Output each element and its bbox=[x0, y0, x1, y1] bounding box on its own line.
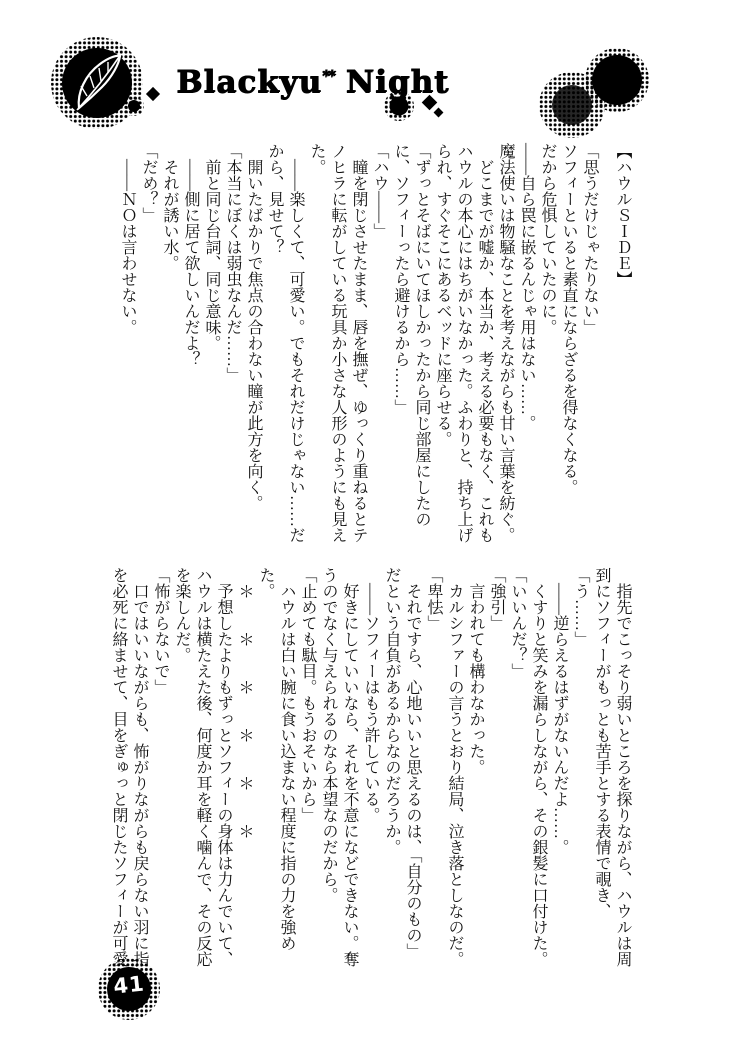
story-line: だから危惧していたのに。 bbox=[537, 143, 558, 549]
story-line: 「だめ？」 bbox=[138, 143, 159, 549]
story-line: 「いいんだ？」 bbox=[507, 567, 528, 973]
story-line: 開いたばかりで焦点の合わない瞳が此方を向く。 bbox=[243, 143, 264, 549]
story-line: 魔法使いは物騒なことを考えながらも甘い言葉を紡ぐ。 bbox=[495, 143, 516, 549]
story-line: くすりと笑みを漏らしながら、その銀髪に口付けた。 bbox=[528, 567, 549, 973]
halftone-circle-dark bbox=[585, 48, 649, 112]
story-line: ハウルは白い腕に食い込まない程度に指の力を強めた。 bbox=[255, 567, 297, 973]
story-bottom-block: 指先でこっそり弱いところを探りながら、ハウルは周到にソフィーがもっとも苦手とする… bbox=[105, 567, 633, 973]
scene-break-asterisks: ＊ ＊ ＊ ＊ ＊ ＊ bbox=[234, 567, 255, 973]
story-line: ――ソフィーはもう許している。 bbox=[360, 567, 381, 973]
story-line: 「本当にぼくは弱虫なんだ……」 bbox=[222, 143, 243, 549]
story-line: ――側に居て欲しいんだよ？ bbox=[180, 143, 201, 549]
story-line: 瞳を閉じさせたまま、唇を撫ぜ、ゆっくり重ねるとテノヒラに転がしている玩具か小さな… bbox=[306, 143, 369, 549]
story-line: ――楽しくて、可愛い。でもそれだけじゃない……だから、見せて？ bbox=[264, 143, 306, 549]
story-line: ソフィーといると素直にならざるを得なくなる。 bbox=[558, 143, 579, 549]
story-line: ――自ら罠に嵌るんじゃ用はない……。 bbox=[516, 143, 537, 549]
section-header: 【ハウルＳＩＤＥ】 bbox=[612, 143, 633, 549]
story-line: 「う……」 bbox=[570, 567, 591, 973]
story-line: 前と同じ台詞、同じ意味。 bbox=[201, 143, 222, 549]
story-line: カルシファーの言うとおり結局、泣き落としなのだ。 bbox=[444, 567, 465, 973]
diamond-sparkle-icon bbox=[422, 95, 438, 111]
story-line: 予想したよりもずっとソフィーの身体は力んでいて、ハウルは横たえた後、何度か耳を軽… bbox=[171, 567, 234, 973]
story-line: 「ずっとそばにいてほしかったから同じ部屋にしたのに、ソフィーったら避けるから……… bbox=[390, 143, 432, 549]
diamond-sparkle-icon bbox=[434, 108, 444, 118]
story-line: 好きにしていいなら、それを不意になどできない。奪うのでなく与えられるのなら本望な… bbox=[318, 567, 360, 973]
story-line: 「ハウ――」 bbox=[369, 143, 390, 549]
story-line: 言われても構わなかった。 bbox=[465, 567, 486, 973]
story-line: それが誘い水。 bbox=[159, 143, 180, 549]
halftone-dot-icon bbox=[124, 96, 144, 116]
story-line: 「怖がらないで」 bbox=[150, 567, 171, 973]
story-top-block: 【ハウルＳＩＤＥ】 「思うだけじゃたりない」 ソフィーといると素直にならざるを得… bbox=[105, 143, 633, 549]
title-word: Blackyu bbox=[176, 64, 322, 100]
story-line: 「止めても駄目。もうおそいから」 bbox=[297, 567, 318, 973]
story-line: それですら、心地いいと思えるのは、「自分のもの」だという自負があるからなのだろう… bbox=[381, 567, 423, 973]
page-number-badge: 41 bbox=[98, 958, 160, 1020]
story-line: 「思うだけじゃたりない」 bbox=[579, 143, 600, 549]
story-line: 口ではいいながらも、怖がりながらも戻らない羽に指を必死に絡ませて、目をぎゅっと閉… bbox=[108, 567, 150, 973]
diamond-sparkle-icon bbox=[146, 87, 160, 101]
asterisk-mark: ** bbox=[322, 67, 334, 85]
story-line: 「強引」 bbox=[486, 567, 507, 973]
double-diamond-sparkle-icon bbox=[422, 95, 448, 125]
doujinshi-page: Blackyu** Night 【ハウルＳＩＤＥ】 「思うだけじゃたりない」 ソ… bbox=[0, 0, 729, 1050]
story-line: ――ＮＯは言わせない。 bbox=[117, 143, 138, 549]
story-line: 「卑怯」 bbox=[423, 567, 444, 973]
story-line: ――逆らえるはずがないんだよ……。 bbox=[549, 567, 570, 973]
story-line: どこまでが嘘か、本当か、考える必要もなく、これもハウルの本心にはちがいなかった。… bbox=[432, 143, 495, 549]
story-line: 指先でこっそり弱いところを探りながら、ハウルは周到にソフィーがもっとも苦手とする… bbox=[591, 567, 633, 973]
halftone-dot-icon bbox=[384, 91, 414, 121]
